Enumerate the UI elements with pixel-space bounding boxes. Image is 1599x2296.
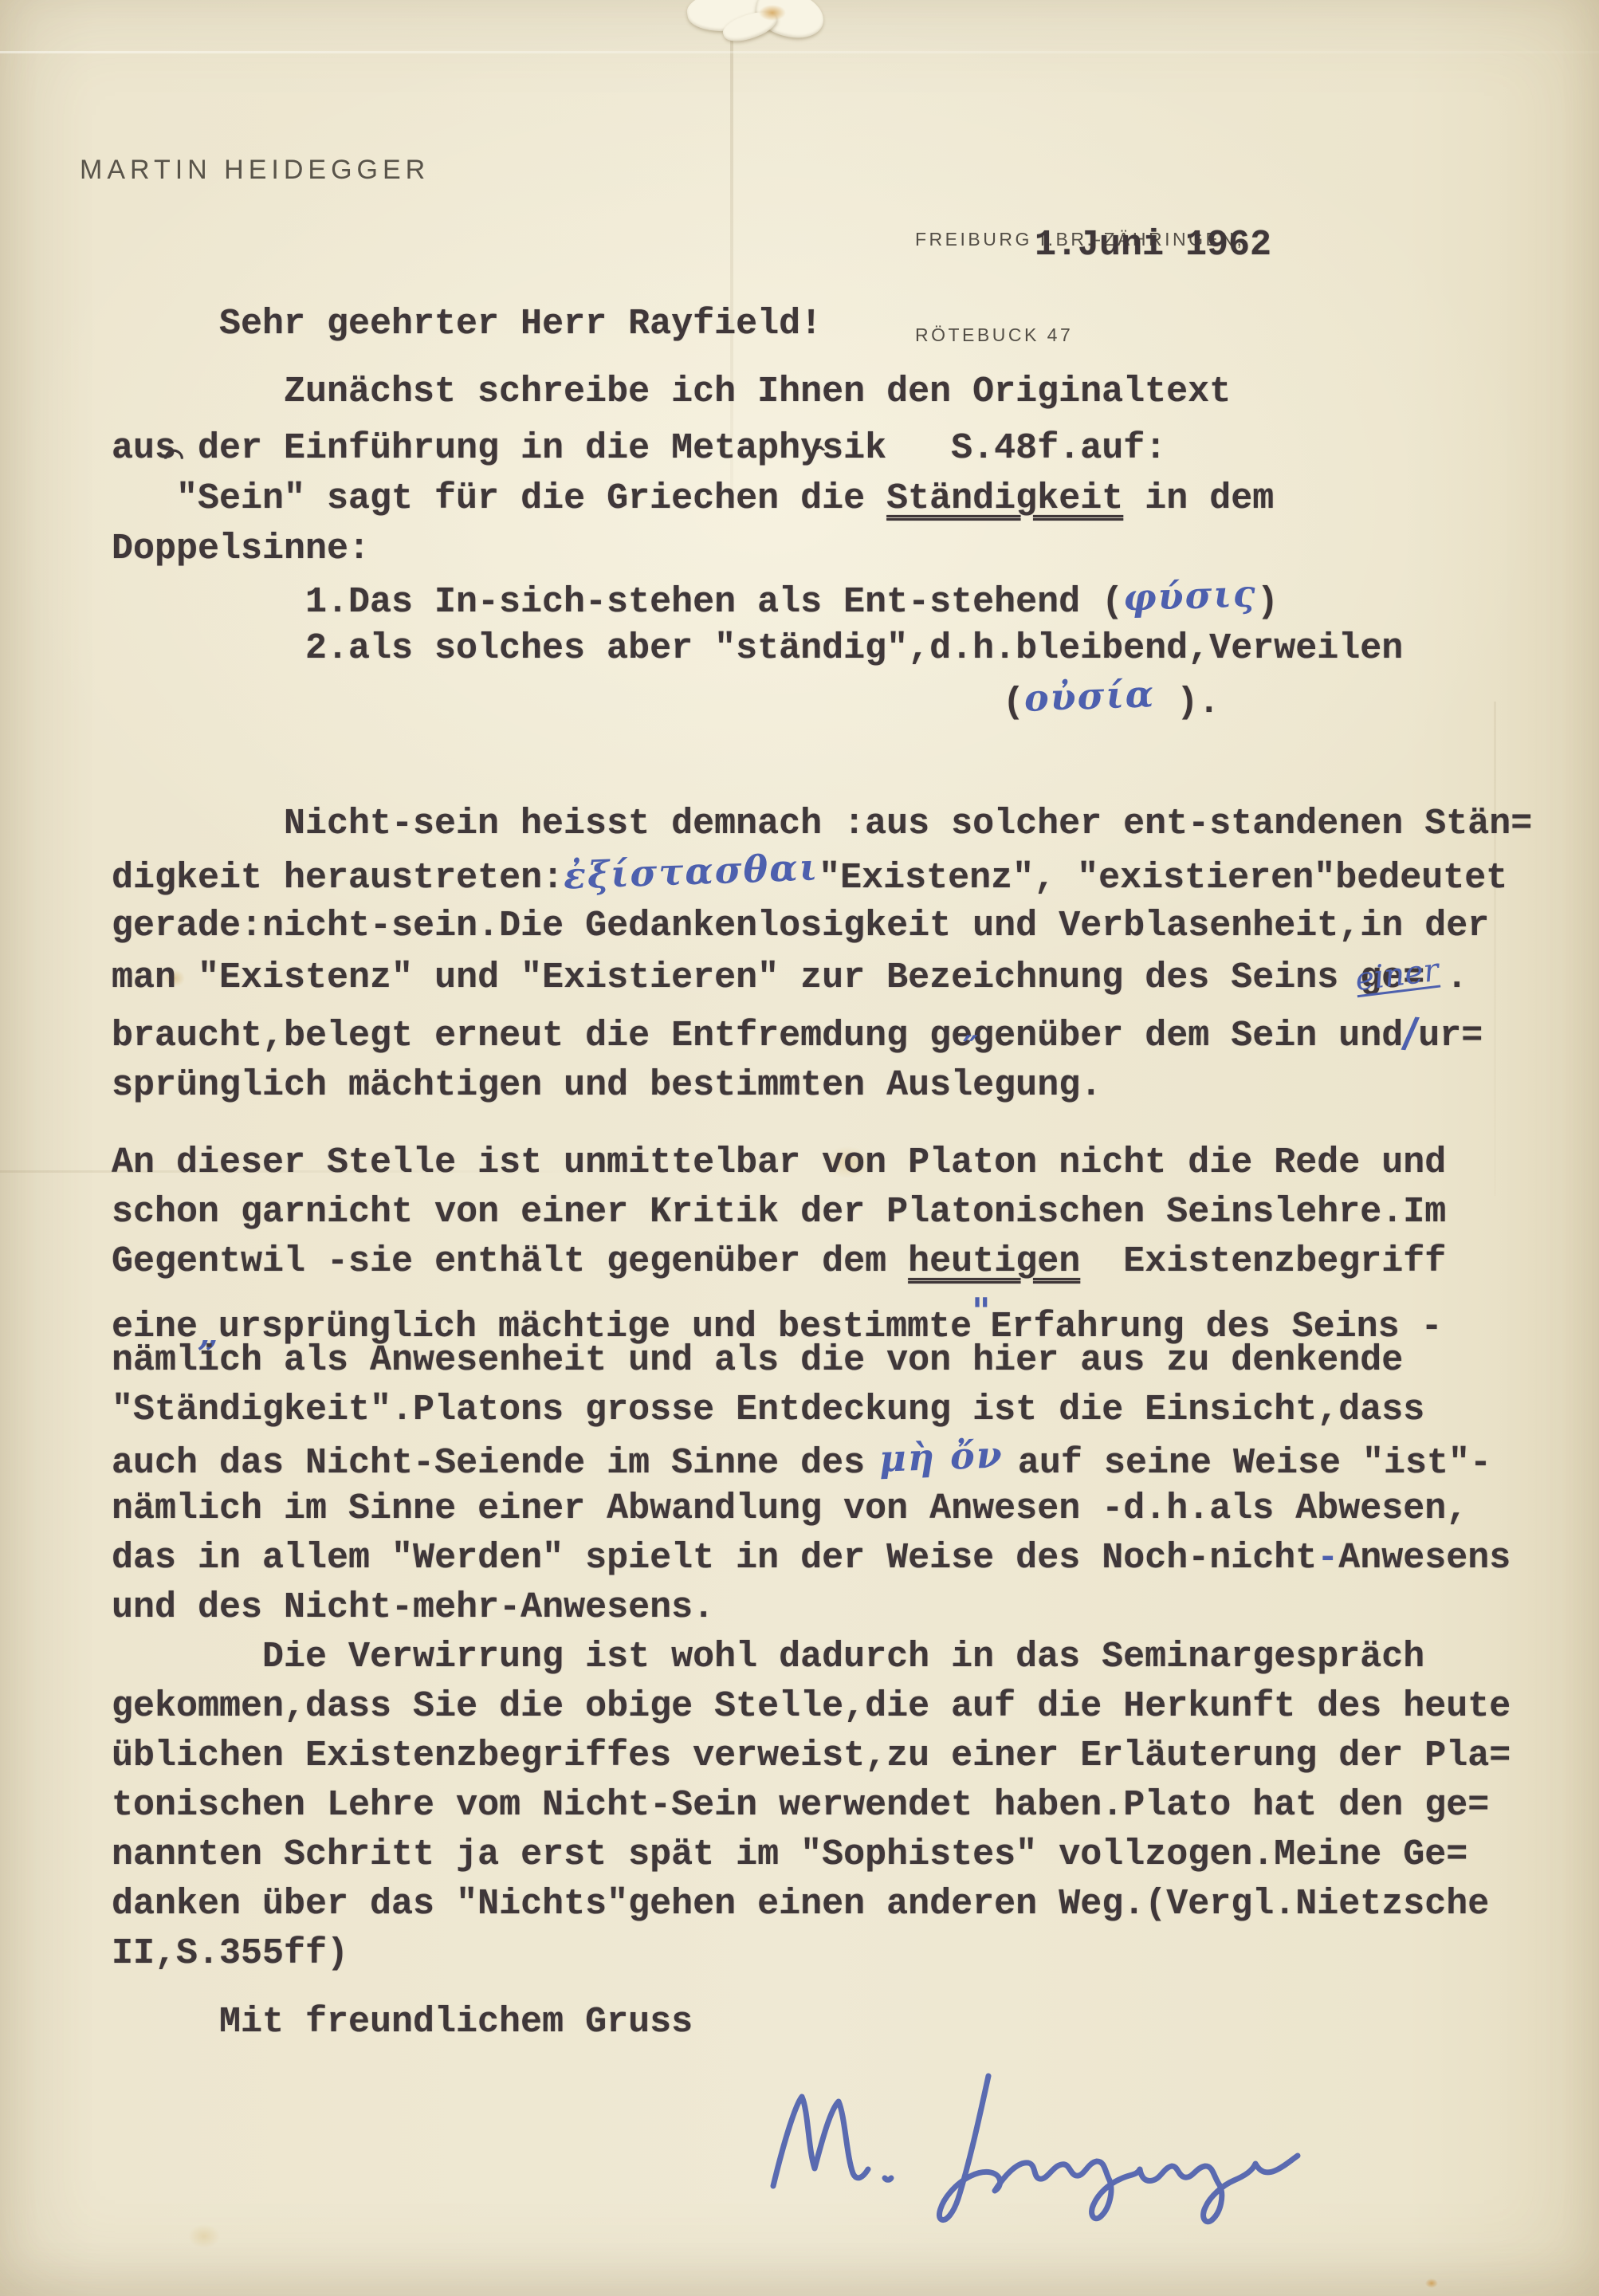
typed-text: "Existenz", "existieren"bedeutet	[819, 858, 1507, 898]
typed-text: Gegentwil -sie enthält gegenüber dem	[112, 1241, 908, 1282]
typed-line: Die Verwirrung ist wohl dadurch in das S…	[262, 1634, 1424, 1681]
typed-text: Anwesens	[1338, 1538, 1511, 1578]
typed-text: heutigen	[908, 1241, 1080, 1282]
typed-text: "Ständigkeit".Platons grosse Entdeckung …	[112, 1390, 1424, 1430]
typed-line: das in allem "Werden" spielt in der Weis…	[112, 1535, 1511, 1582]
typed-text: (	[1003, 682, 1024, 723]
typed-line: schon garnicht von einer Kritik der Plat…	[112, 1189, 1446, 1236]
typed-line: üblichen Existenzbegriffes verweist,zu e…	[112, 1733, 1511, 1779]
typed-text: nämlich im Sinne einer Abwandlung von An…	[112, 1488, 1467, 1529]
typed-line: Gegentwil -sie enthält gegenüber dem heu…	[112, 1239, 1446, 1285]
typed-text: "Sein" sagt für die Griechen die	[176, 478, 886, 519]
typed-line: gerade:nicht-sein.Die Gedankenlosigkeit …	[112, 903, 1489, 949]
typed-text: aus der Einführung in die Metaphysik S.4…	[112, 428, 1166, 469]
handwritten-ink: "	[972, 1290, 990, 1332]
typed-text: und des Nicht-mehr-Anwesens.	[112, 1587, 714, 1628]
typed-text: in dem	[1123, 478, 1274, 519]
typed-text: An dieser Stelle ist unmittelbar von Pla…	[112, 1142, 1446, 1183]
typed-line: digkeit heraustreten:ἐξίστασθαι"Existenz…	[112, 851, 1507, 902]
letterhead-sender-name: MARTIN HEIDEGGER	[80, 155, 430, 186]
letter-date: 1.Juni 1962	[1035, 225, 1271, 265]
typed-correction-mark: ˆ	[810, 443, 829, 479]
typed-text: nannten Schritt ja erst spät im "Sophist…	[112, 1834, 1467, 1875]
typed-text: schon garnicht von einer Kritik der Plat…	[112, 1192, 1446, 1233]
typed-line: "Ständigkeit".Platons grosse Entdeckung …	[112, 1387, 1424, 1433]
typed-text: 1.Das In-sich-stehen als Ent-stehend (	[305, 582, 1123, 623]
handwritten-ink: -	[1317, 1538, 1338, 1578]
typed-text: ).	[1155, 682, 1220, 723]
typed-line: und des Nicht-mehr-Anwesens.	[112, 1585, 714, 1631]
typed-line: Nicht-sein heisst demnach :aus solcher e…	[284, 801, 1532, 847]
typed-line: An dieser Stelle ist unmittelbar von Pla…	[112, 1140, 1446, 1186]
typed-text: Sehr geehrter Herr Rayfield!	[219, 304, 822, 344]
typed-text: braucht,belegt erneut die Entfremdung ge…	[112, 1016, 1403, 1056]
typed-text: auch das Nicht-Seiende im Sinne des	[112, 1443, 865, 1484]
signature-handwriting	[749, 2038, 1323, 2229]
typed-text: man "Existenz" und "Existieren" zur Beze…	[112, 957, 1467, 998]
typed-line: Zunächst schreibe ich Ihnen den Original…	[284, 369, 1231, 415]
typed-text: digkeit heraustreten:	[112, 858, 564, 898]
typed-line: nämlich als Anwesenheit und als die von …	[112, 1338, 1403, 1384]
typed-line: 1.Das In-sich-stehen als Ent-stehend (φύ…	[305, 576, 1279, 626]
typed-correction-mark: ⌒	[164, 437, 183, 476]
typed-text: auf seine Weise "ist"-	[1018, 1443, 1491, 1484]
foxing-spot	[188, 2224, 220, 2248]
typed-line: 2.als solches aber "ständig",d.h.bleiben…	[305, 626, 1403, 672]
typed-line: nämlich im Sinne einer Abwandlung von An…	[112, 1486, 1467, 1532]
typed-text: danken über das "Nichts"gehen einen ande…	[112, 1884, 1489, 1924]
typed-text: tonischen Lehre vom Nicht-Sein werwendet…	[112, 1785, 1489, 1826]
typed-line: (οὐσία ).	[1003, 676, 1220, 726]
typed-text: gerade:nicht-sein.Die Gedankenlosigkeit …	[112, 906, 1489, 946]
letterhead-address-line2: RÖTEBUCK 47	[915, 319, 1244, 351]
typed-text: Mit freundlichem Gruss	[219, 2002, 693, 2042]
typed-line: Sehr geehrter Herr Rayfield!	[219, 301, 822, 348]
handwritten-annotation: ″	[963, 1028, 978, 1067]
typed-line: danken über das "Nichts"gehen einen ande…	[112, 1881, 1489, 1928]
foxing-spot	[1425, 2278, 1438, 2288]
paper-crease-vertical	[1494, 702, 1496, 1196]
typed-line: Doppelsinne:	[112, 526, 370, 572]
typed-text: sprünglich mächtigen und bestimmten Ausl…	[112, 1065, 1102, 1106]
handwritten-ink: μὴ ὄν	[864, 1431, 1019, 1483]
paper-edge-highlight	[0, 51, 1599, 53]
typed-text: 2.als solches aber "ständig",d.h.bleiben…	[305, 628, 1403, 669]
typed-text: Nicht-sein heisst demnach :aus solcher e…	[284, 804, 1532, 844]
typed-line: nannten Schritt ja erst spät im "Sophist…	[112, 1832, 1467, 1878]
typed-text: üblichen Existenzbegriffes verweist,zu e…	[112, 1736, 1511, 1776]
typed-line: gekommen,dass Sie die obige Stelle,die a…	[112, 1684, 1511, 1730]
typed-text: Ständigkeit	[886, 478, 1123, 519]
typed-line: sprünglich mächtigen und bestimmten Ausl…	[112, 1063, 1102, 1109]
typed-line: man "Existenz" und "Existieren" zur Beze…	[112, 955, 1467, 1001]
letter-page: MARTIN HEIDEGGER FREIBURG I.BR.-ZÄHRINGE…	[0, 0, 1599, 2296]
typed-text: II,S.355ff)	[112, 1933, 348, 1974]
typed-line: Mit freundlichem Gruss	[219, 1999, 693, 2046]
typed-text: Existenzbegriff	[1080, 1241, 1446, 1282]
typed-text: Doppelsinne:	[112, 529, 370, 569]
typed-text: )	[1257, 582, 1279, 623]
typed-text: Zunächst schreibe ich Ihnen den Original…	[284, 372, 1231, 412]
typed-line: tonischen Lehre vom Nicht-Sein werwendet…	[112, 1783, 1489, 1829]
typed-line: aus der Einführung in die Metaphysik S.4…	[112, 426, 1166, 472]
typed-line: auch das Nicht-Seiende im Sinne des μὴ ὄ…	[112, 1437, 1491, 1487]
typed-text: Die Verwirrung ist wohl dadurch in das S…	[262, 1637, 1424, 1677]
typed-line: braucht,belegt erneut die Entfremdung ge…	[112, 1008, 1483, 1060]
typed-text: das in allem "Werden" spielt in der Weis…	[112, 1538, 1317, 1578]
handwritten-ink: φύσις	[1122, 570, 1258, 621]
typed-line: "Sein" sagt für die Griechen die Ständig…	[176, 476, 1274, 522]
handwritten-ink: οὐσία	[1023, 670, 1156, 721]
typed-text: gekommen,dass Sie die obige Stelle,die a…	[112, 1686, 1511, 1727]
typed-text: ur=	[1418, 1016, 1483, 1056]
handwritten-ink: ἐξίστασθαι	[563, 843, 819, 898]
typed-line: II,S.355ff)	[112, 1931, 348, 1977]
typed-text: nämlich als Anwesenheit und als die von …	[112, 1340, 1403, 1381]
